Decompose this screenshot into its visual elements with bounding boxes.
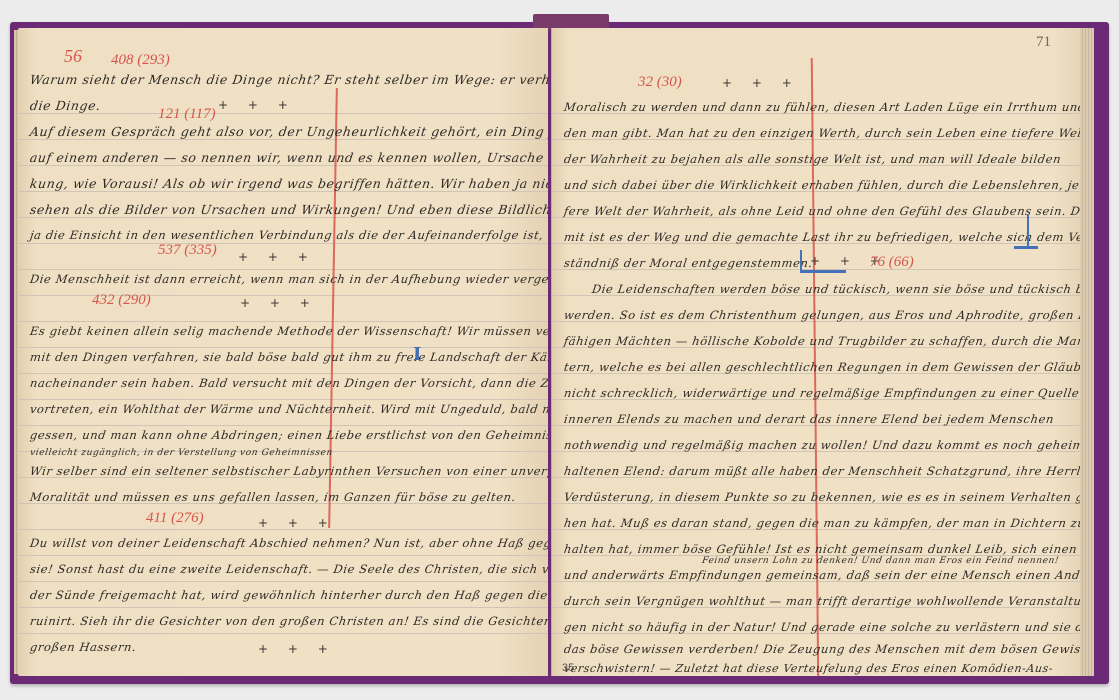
text-line: auf einem anderen — so nennen wir, wenn … [29, 150, 548, 165]
text-line: Du willst von deiner Leidenschaft Abschi… [29, 536, 548, 550]
text-line: ständniß der Moral entgegenstemmen. [563, 256, 814, 270]
text-line: verschwistern! — Zuletzt hat diese Verte… [563, 662, 1054, 675]
margin-annotation: 537 (335) [158, 242, 217, 259]
text-line: Wir selber sind ein seltener selbstische… [29, 464, 548, 478]
text-line: inneren Elends zu machen und derart das … [563, 412, 1055, 426]
margin-annotation: 121 (117) [158, 106, 216, 123]
text-line: sie! Sonst hast du eine zweite Leidensch… [29, 562, 548, 576]
margin-annotation: 76 (66) [870, 254, 914, 271]
section-separator: + + + [722, 76, 800, 90]
text-line: und sich dabei über die Wirklichkeit erh… [563, 178, 1082, 192]
text-line: vortreten, ein Wohlthat der Wärme und Nü… [29, 402, 548, 416]
text-line: Moralisch zu werden und dann zu fühlen, … [563, 100, 1082, 114]
margin-annotation: 411 (276) [146, 510, 204, 527]
text-line: gen nicht so häufig in der Natur! Und ge… [563, 620, 1082, 634]
margin-annotation: 408 (293) [111, 52, 170, 69]
folio-number-corrected: 56 [64, 46, 82, 67]
text-line: Die Leidenschaften werden böse und tücki… [591, 282, 1082, 296]
blue-pencil-mark [800, 270, 846, 273]
blue-pencil-mark [1027, 214, 1029, 248]
text-line: Es giebt keinen allein selig machende Me… [29, 324, 548, 338]
text-line: tern, welche es bei allen geschlechtlich… [563, 360, 1082, 374]
text-line: nothwendig und regelmäßig machen zu woll… [563, 438, 1082, 452]
blue-pencil-mark: I [413, 344, 421, 365]
text-line: hen hat. Muß es daran stand, gegen die m… [563, 516, 1082, 530]
text-line: Warum sieht der Mensch die Dinge nicht? … [29, 72, 548, 87]
interlinear-insertion: Feind unsern Lohn zu denken! Und dann ma… [701, 556, 1059, 566]
text-line: fähigen Mächten — höllische Kobolde und … [563, 334, 1082, 348]
text-line: und anderwärts Empfindungen gemeinsam, d… [563, 568, 1082, 582]
text-line: die Dinge. [29, 98, 102, 113]
text-line: ja die Einsicht in den wesentlichen Verb… [29, 228, 548, 242]
text-line: fere Welt der Wahrheit, als ohne Leid un… [563, 204, 1082, 218]
text-line: der Sünde freigemacht hat, wird gewöhnli… [29, 588, 548, 602]
text-line: mit ist es der Weg und die gemachte Last… [563, 230, 1082, 244]
right-page: 71 32 (30) + + + Moralisch zu werden und… [552, 28, 1082, 676]
text-line: werden. So ist es dem Christenthum gelun… [563, 308, 1082, 322]
section-separator: + + + [240, 296, 318, 310]
text-line: nicht schrecklich, widerwärtige und rege… [563, 386, 1082, 400]
folio-number: 71 [1036, 34, 1051, 51]
bottom-page-number: 35 [562, 662, 574, 674]
text-line: nacheinander sein haben. Bald versucht m… [29, 376, 548, 390]
text-line: mit den Dingen verfahren, sie bald böse … [29, 350, 548, 364]
text-line: Moralität und müssen es uns gefallen las… [29, 490, 517, 504]
margin-annotation: 32 (30) [638, 74, 682, 91]
blue-pencil-mark [800, 250, 802, 272]
page-edges-right [1080, 28, 1094, 676]
text-line: ruinirt. Sieh ihr die Gesichter von den … [29, 614, 548, 628]
blue-pencil-mark [1014, 246, 1038, 249]
text-line: vielleicht zugänglich, in der Verstellun… [29, 448, 333, 458]
text-line: halten hat, immer böse Gefühle! Ist es n… [563, 542, 1078, 556]
text-line: haltenen Elend: darum müßt alle haben de… [563, 464, 1082, 478]
text-line: kung, wie Vorausi! Als ob wir irgend was… [29, 176, 548, 191]
section-separator: + + + [238, 250, 316, 264]
section-separator: + + + [258, 516, 336, 530]
section-separator: + + + [218, 98, 296, 112]
text-line: Die Menschheit ist dann erreicht, wenn m… [29, 272, 548, 286]
text-line: das böse Gewissen verderben! Die Zeugung… [563, 642, 1082, 656]
margin-annotation: 432 (290) [92, 292, 151, 309]
section-separator: + + + [258, 642, 336, 656]
text-line: der Wahrheit zu bejahen als alle sonstig… [563, 152, 1062, 166]
text-line: gessen, und man kann ohne Abdringen; ein… [29, 428, 548, 442]
text-line: Verdüsterung, in diesem Punkte so zu bek… [563, 490, 1082, 504]
text-line: Auf diesem Gespräch geht also vor, der U… [29, 124, 548, 139]
text-line: den man gibt. Man hat zu den einzigen We… [563, 126, 1082, 140]
text-line: sehen als die Bilder von Ursachen und Wi… [29, 202, 548, 217]
text-line: großen Hassern. [29, 640, 137, 654]
left-page: 56 408 (293) Warum sieht der Mensch die … [18, 28, 548, 676]
text-line: durch sein Vergnügen wohlthut — man trif… [563, 594, 1082, 608]
